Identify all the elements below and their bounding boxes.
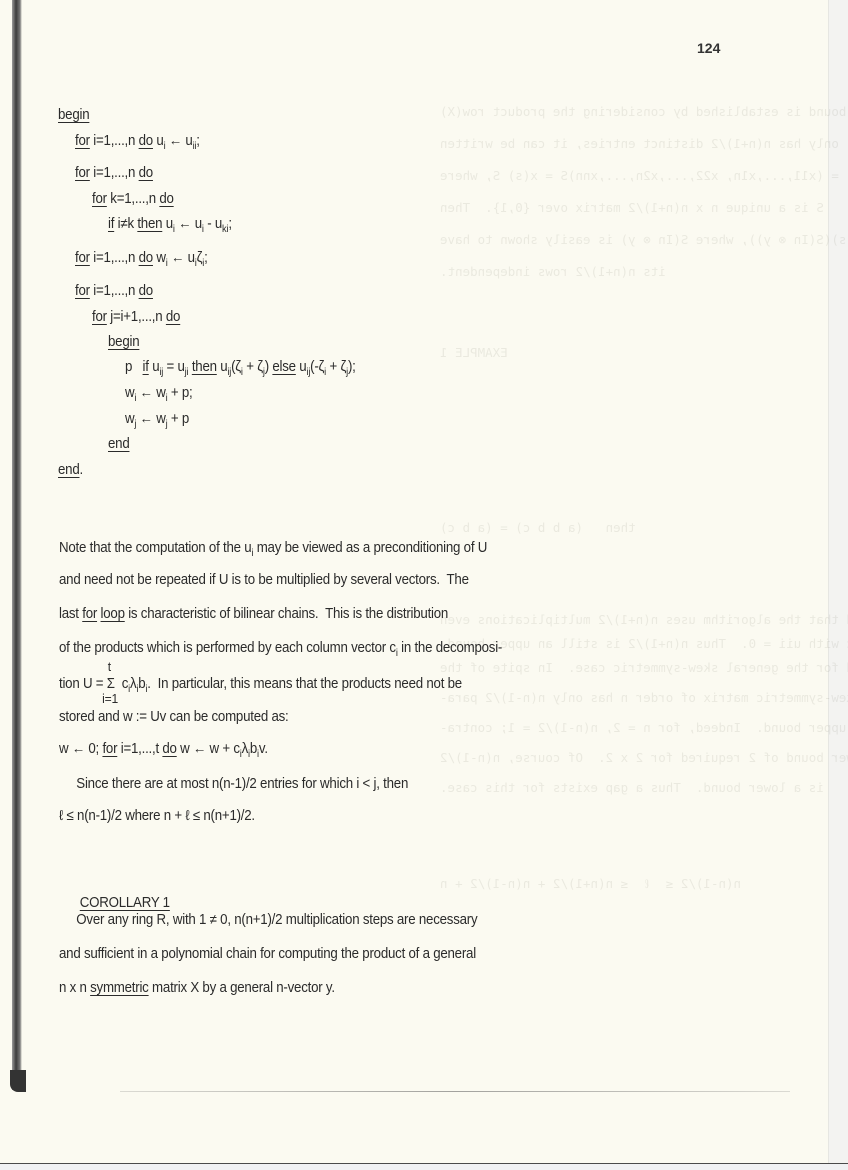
text-run: (ζ — [231, 359, 241, 375]
text-run: ← u — [165, 133, 192, 149]
text-run: i=1,...,n — [90, 133, 139, 149]
keyword: do — [139, 250, 153, 266]
text-run: w — [153, 250, 166, 266]
page-number: 124 — [697, 40, 720, 56]
keyword: for — [75, 165, 90, 181]
text-run: and need not be repeated if U is to be m… — [59, 572, 469, 588]
keyword: do — [159, 191, 173, 207]
keyword: do — [162, 741, 176, 757]
text-run: u — [153, 133, 164, 149]
text-run: i=1,...,t — [117, 741, 162, 757]
keyword: end — [58, 462, 79, 478]
text-run: ℓ ≤ n(n-1)/2 where n + ℓ ≤ n(n+1)/2. — [59, 808, 255, 824]
sigma-symbol: Σti=1 — [107, 676, 115, 692]
text-run: j=i+1,...,n — [107, 309, 166, 325]
keyword: for — [92, 191, 107, 207]
text-run: u — [162, 216, 173, 232]
text-run: c — [115, 676, 128, 692]
keyword: then — [137, 216, 162, 232]
keyword: symmetric — [90, 980, 148, 996]
paragraph-line: ℓ ≤ n(n-1)/2 where n + ℓ ≤ n(n+1)/2. — [59, 808, 255, 824]
algorithm-line: for i=1,...,n do — [75, 165, 153, 181]
text-run: may be viewed as a preconditioning of U — [253, 540, 487, 556]
paragraph-line: tion U = Σti=1 ciλibi. In particular, th… — [59, 676, 462, 692]
text-run: in the decomposi- — [398, 640, 502, 656]
text-run: i=1,...,n — [90, 165, 139, 181]
binding-shadow — [12, 0, 22, 1090]
bleed-through-text: S is a unique n x n(n+1)/2 matrix over {… — [440, 200, 824, 215]
keyword: do — [139, 165, 153, 181]
algorithm-line: for j=i+1,...,n do — [92, 309, 180, 325]
text-run: i≠k — [114, 216, 137, 232]
algorithm-line: p if uij = uji then uij(ζi + ζj) else ui… — [125, 359, 356, 375]
text-run: - u — [204, 216, 222, 232]
text-run: tion U = — [59, 676, 107, 692]
binding-shadow-foot — [10, 1070, 26, 1092]
text-run: last — [59, 606, 82, 622]
bleed-through-text: its n(n+1)/2 rows independent. — [440, 264, 666, 279]
text-run: w ← 0; — [59, 741, 102, 757]
text-run: ← u — [168, 250, 195, 266]
text-run: ); — [348, 359, 356, 375]
algorithm-line: wj ← wj + p — [125, 411, 189, 427]
keyword: begin — [108, 334, 139, 350]
text-run: Since there are at most n(n-1)/2 entries… — [59, 776, 408, 792]
paragraph-line: w ← 0; for i=1,...,t do w ← w + ciλibiv. — [59, 741, 268, 757]
keyword: for — [75, 283, 90, 299]
text-run: + p — [167, 411, 189, 427]
text-run: v. — [259, 741, 268, 757]
text-run: of the products which is performed by ea… — [59, 640, 396, 656]
paragraph-line: Note that the computation of the ui may … — [59, 540, 487, 556]
text-run: (-ζ — [310, 359, 324, 375]
corollary-line: and sufficient in a polynomial chain for… — [59, 946, 476, 962]
text-run: Note that the computation of the u — [59, 540, 251, 556]
text-run: i=1,...,n — [90, 250, 139, 266]
algorithm-line: end — [108, 436, 129, 452]
text-run: b — [250, 741, 257, 757]
keyword: begin — [58, 107, 89, 123]
text-run: ← u — [175, 216, 202, 232]
algorithm-line: for i=1,...,n do wi ← uiζi; — [75, 250, 208, 266]
text-run: ; — [228, 216, 231, 232]
text-run: + ζ — [326, 359, 346, 375]
corollary-line: n x n symmetric matrix X by a general n-… — [59, 980, 335, 996]
document-page: Proof. The lower bound is established by… — [0, 0, 828, 1163]
bleed-through-text: as the product row(X) = (x11,...,x1n, x2… — [440, 168, 848, 183]
text-run: + p; — [167, 385, 192, 401]
bleed-through-text: dicting the obvious lower bound of 2 req… — [440, 750, 848, 765]
keyword: loop — [101, 606, 125, 622]
paragraph-line: stored and w := Uv can be computed as: — [59, 709, 289, 725]
paragraph-line: Since there are at most n(n-1)/2 entries… — [59, 776, 408, 792]
text-run: p — [125, 359, 143, 375]
keyword: else — [272, 359, 295, 375]
keyword: for — [82, 606, 97, 622]
algorithm-line: wi ← wi + p; — [125, 385, 193, 401]
text-run: i=1,...,n — [90, 283, 139, 299]
keyword: for — [102, 741, 117, 757]
keyword: for — [75, 250, 90, 266]
bleed-through-text: row(X)(In ⊗ y) = x(s)(S(In ⊗ y)), where … — [440, 232, 848, 247]
text-run: ← w — [136, 411, 165, 427]
text-run: w ← w + c — [177, 741, 240, 757]
paragraph-line: of the products which is performed by ea… — [59, 640, 502, 656]
text-run: + ζ — [243, 359, 263, 375]
keyword: end — [108, 436, 129, 452]
text-run: Over any ring R, with 1 ≠ 0, n(n+1)/2 mu… — [59, 912, 477, 928]
text-run: . In particular, this means that the pro… — [147, 676, 462, 692]
text-run: stored and w := Uv can be computed as: — [59, 709, 289, 725]
text-run: n x n — [59, 980, 90, 996]
text-run: w — [125, 411, 134, 427]
text-run: . — [79, 462, 82, 478]
algorithm-line: for k=1,...,n do — [92, 191, 174, 207]
bleed-through-text: EXAMPLE 1 — [440, 345, 508, 360]
bleed-through-text: but not a lower bound for the general sk… — [440, 660, 848, 675]
algorithm-line: begin — [58, 107, 89, 123]
bleed-through-text: (I ⊗ y). Since row(X) only has n(n+1)/2 … — [440, 136, 848, 151]
algorithm-line: end. — [58, 462, 83, 478]
bleed-through-text: meters, this is not an upper bound. Inde… — [440, 720, 848, 735]
page-fold-line — [120, 1091, 790, 1092]
sigma-upper-limit: t — [108, 659, 111, 674]
keyword: do — [139, 283, 153, 299]
text-run: and sufficient in a polynomial chain for… — [59, 946, 476, 962]
text-run: ← w — [136, 385, 165, 401]
bleed-through-text: is a lower bound. Thus a gap exists for … — [440, 780, 824, 795]
bleed-through-text: fact that the general skew-symmetric mat… — [440, 690, 848, 705]
sigma-lower-limit: i=1 — [102, 691, 118, 706]
text-run: matrix X by a general n-vector y. — [149, 980, 335, 996]
text-run: u — [149, 359, 160, 375]
bleed-through-text: n(n-1)/2 ≤ ℓ ≤ n(n+1)/2 + n(n-1)/2 + n — [440, 876, 741, 892]
corollary-line: Over any ring R, with 1 ≠ 0, n(n+1)/2 mu… — [59, 912, 477, 928]
keyword: do — [166, 309, 180, 325]
text-run: ; — [204, 250, 207, 266]
text-run: u — [217, 359, 228, 375]
paragraph-line: last for loop is characteristic of bilin… — [59, 606, 448, 622]
bleed-through-text: Proof. The lower bound is established by… — [440, 104, 848, 119]
text-run: = u — [163, 359, 185, 375]
algorithm-line: for i=1,...,n do — [75, 283, 153, 299]
bleed-through-text: It should be noted that the algorithm us… — [440, 612, 848, 627]
text-run: is characteristic of bilinear chains. Th… — [125, 606, 448, 622]
page-bottom-edge — [0, 1163, 848, 1170]
keyword: for — [92, 309, 107, 325]
text-run: ; — [196, 133, 199, 149]
algorithm-line: if i≠k then ui ← ui - uki; — [108, 216, 232, 232]
keyword: for — [75, 133, 90, 149]
algorithm-line: begin — [108, 334, 139, 350]
text-run: k=1,...,n — [107, 191, 160, 207]
text-run: u — [296, 359, 307, 375]
text-run: w — [125, 385, 134, 401]
text-run: b — [138, 676, 145, 692]
keyword: do — [139, 133, 153, 149]
bleed-through-text: then (a b b c) = (a b c) — [440, 520, 636, 535]
paragraph-line: and need not be repeated if U is to be m… — [59, 572, 469, 588]
keyword: then — [192, 359, 217, 375]
algorithm-line: for i=1,...,n do ui ← uii; — [75, 133, 200, 149]
